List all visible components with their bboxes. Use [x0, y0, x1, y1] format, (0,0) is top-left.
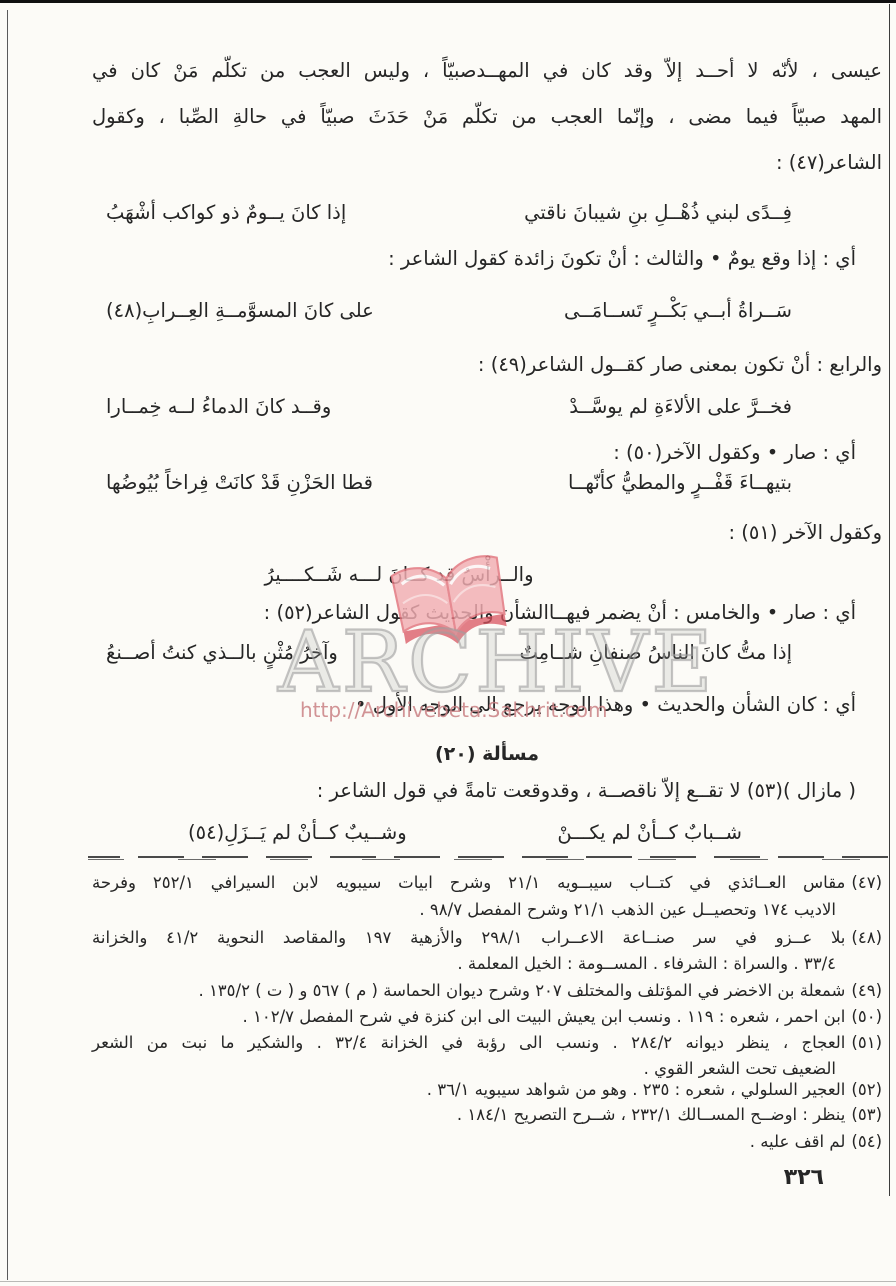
- footnote-52: (٥٢)العجير السلولي ، شعره : ٢٣٥ . وهو من…: [92, 1077, 882, 1103]
- footnote-marker: (٤٨): [851, 928, 882, 947]
- hemistich-left: قطا الحَزْنِ قَدْ كانَتْ فِراخاً بُيُوضُ…: [106, 468, 373, 498]
- commentary-line: وكقول الآخر (٥١) :: [92, 518, 882, 548]
- footnote-text: العجير السلولي ، شعره : ٢٣٥ . وهو من شوا…: [427, 1080, 846, 1099]
- hemistich-left: وشــيبٌ كــأنْ لم يَــزَلِ(٥٤): [188, 818, 407, 848]
- footnote-48-line-2: ٣٣/٤ . والسراة : الشرفاء . المســومة : ا…: [92, 951, 882, 977]
- footnote-marker: (٥٤): [851, 1132, 882, 1151]
- verse-couplet: إذا متُّ كانَ الناسُ صنفانِ شــامِتٌ وآخ…: [92, 638, 882, 668]
- hemistich-left: وآخرُ مُثْنٍ بالــذي كنتُ أصــنعُ: [106, 638, 338, 668]
- hemistich-right: سَــراةُ أبــي بَكْــرٍ تَســامَــى: [564, 296, 792, 326]
- body-paragraph-line: المهد صبيّاً فيما مضى ، وإنّما العجب من …: [92, 102, 882, 132]
- page-border-left: [7, 10, 8, 1280]
- page-number: ٣٢٦: [784, 1165, 824, 1190]
- verse-couplet: بتيهــاءَ قَفْــرٍ والمطيُّ كأنّهــا قطا…: [92, 468, 882, 498]
- footnote-marker: (٤٧): [851, 873, 882, 892]
- footnote-text: ابن احمر ، شعره : ١١٩ . ونسب ابن يعيش ال…: [243, 1007, 846, 1026]
- hemistich-left: إذا كانَ يــومٌ ذو كواكب أشْهَبُ: [106, 198, 346, 228]
- footnote-marker: (٥٣): [851, 1105, 882, 1124]
- hemistich-right: فخــرَّ على الألاءَةِ لم يوسَّــدْ: [569, 392, 792, 422]
- hemistich-right: شــبابٌ كــأنْ لم يكـــنْ: [557, 818, 742, 848]
- footnote-marker: (٤٩): [851, 981, 882, 1000]
- commentary-line: أي : كان الشأن والحديث • وهذا الوجه يرجع…: [92, 690, 882, 720]
- footnote-49: (٤٩)شمعلة بن الاخضر في المؤتلف والمختلف …: [92, 978, 882, 1004]
- footnote-47-line-2: الاديب ١٧٤ وتحصيــل عين الذهب ٢١/١ وشرح …: [92, 897, 882, 923]
- verse-couplet: فخــرَّ على الألاءَةِ لم يوسَّــدْ وقــد…: [92, 392, 882, 422]
- footnote-text: لم اقف عليه .: [750, 1132, 846, 1151]
- footnote-marker: (٥١): [851, 1033, 882, 1052]
- verse-couplet: شــبابٌ كــأنْ لم يكـــنْ وشــيبٌ كــأنْ…: [92, 818, 882, 848]
- scan-top-edge: [0, 0, 896, 3]
- footnote-47-line-1: (٤٧)مقاس العــائذي في كتــاب سيبــويه ٢١…: [92, 870, 882, 896]
- commentary-line: أي : إذا وقع يومٌ • والثالث : أنْ تكونَ …: [92, 244, 882, 274]
- verse-couplet: سَــراةُ أبــي بَكْــرٍ تَســامَــى على …: [92, 296, 882, 326]
- footnote-50: (٥٠)ابن احمر ، شعره : ١١٩ . ونسب ابن يعي…: [92, 1004, 882, 1030]
- body-paragraph-line: عيسى ، لأنّه لا أحــد إلاّ وقد كان في ال…: [92, 56, 882, 86]
- footnote-48-line-1: (٤٨)بلا عــزو في سر صنــاعة الاعــراب ٢٩…: [92, 925, 882, 951]
- commentary-line: والرابع : أنْ تكون بمعنى صار كقــول الشا…: [92, 350, 882, 380]
- hemistich-right: إذا متُّ كانَ الناسُ صنفانِ شــامِتٌ: [519, 638, 792, 668]
- footnote-text: شمعلة بن الاخضر في المؤتلف والمختلف ٢٠٧ …: [198, 981, 845, 1000]
- hemistich-left: على كانَ المسوَّمــةِ العِــرابِ(٤٨): [106, 296, 374, 326]
- section-heading-masala-20: مسألة (٢٠): [92, 740, 882, 768]
- scanned-book-page: ARCHIVE http://Archivebeta.Sakhrit.com ع…: [0, 0, 896, 1286]
- footnote-text: العجاج ، ينظر ديوانه ٢٨٤/٢ . ونسب الى رؤ…: [92, 1033, 845, 1052]
- verse-couplet: فِــدًى لبني ذُهْــلِ بنِ شيبانَ ناقتي إ…: [92, 198, 882, 228]
- commentary-line: أي : صار • والخامس : أنْ يضمر فيهــاالشأ…: [92, 598, 882, 628]
- page-border-right: [889, 4, 890, 1196]
- footnote-separator-rule: [88, 856, 888, 861]
- footnote-53: (٥٣)ينظر : اوضــح المســالك ٢٣٢/١ ، شــر…: [92, 1102, 882, 1128]
- footnote-marker: (٥٠): [851, 1007, 882, 1026]
- footnote-54: (٥٤)لم اقف عليه .: [92, 1129, 882, 1155]
- hemistich-right: بتيهــاءَ قَفْــرٍ والمطيُّ كأنّهــا: [568, 468, 792, 498]
- footnote-text: مقاس العــائذي في كتــاب سيبــويه ٢١/١ و…: [92, 873, 845, 892]
- commentary-line: أي : صار • وكقول الآخر(٥٠) :: [92, 438, 882, 468]
- footnote-51-line-1: (٥١)العجاج ، ينظر ديوانه ٢٨٤/٢ . ونسب ال…: [92, 1030, 882, 1056]
- footnote-marker: (٥٢): [851, 1080, 882, 1099]
- verse-single-hemistich: والــرأْسُ قد كــانَ لـــه شَــكــــيرُ: [4, 560, 794, 590]
- hemistich-left: وقــد كانَ الدماءُ لــه خِمــارا: [106, 392, 331, 422]
- page-border-bottom: [0, 1281, 896, 1282]
- footnote-text: ينظر : اوضــح المســالك ٢٣٢/١ ، شــرح ال…: [457, 1105, 845, 1124]
- footnote-text: بلا عــزو في سر صنــاعة الاعــراب ٢٩٨/١ …: [92, 928, 845, 947]
- commentary-line: ( مازال )(٥٣) لا تقــع إلاّ ناقصــة ، وق…: [92, 776, 882, 806]
- hemistich-right: فِــدًى لبني ذُهْــلِ بنِ شيبانَ ناقتي: [524, 198, 792, 228]
- body-paragraph-line: الشاعر(٤٧) :: [92, 148, 882, 178]
